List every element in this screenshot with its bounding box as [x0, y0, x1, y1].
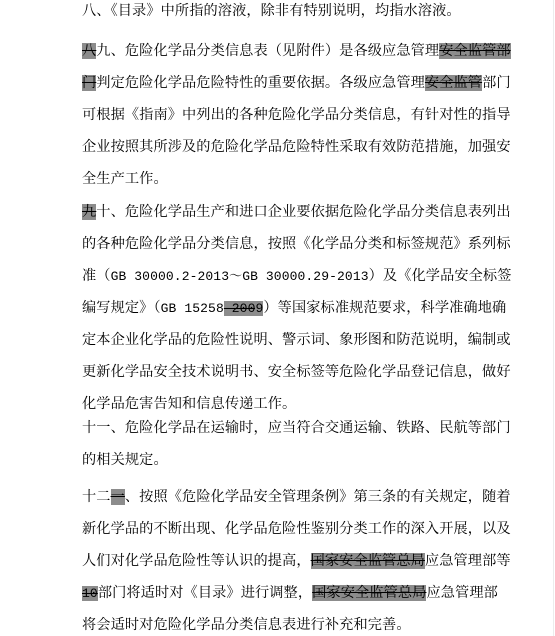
text-run: 化学品危害告知和信息传递工作。 [82, 396, 296, 412]
text-line: 人们对化学品危险性等认识的提高，国家安全监管总局应急管理部等 [82, 545, 474, 577]
text-line: 十二一、按照《危险化学品安全管理条例》第三条的有关规定，随着 [82, 481, 474, 513]
text-line: 可根据《指南》中列出的各种危险化学品分类信息，有针对性的指导 [82, 99, 474, 131]
text-line: 全生产工作。 [82, 163, 474, 195]
text-line: 九十、危险化学品生产和进口企业要依据危险化学品分类信息表列出 [82, 196, 474, 228]
text-run: 的相关规定。 [82, 452, 168, 468]
text-run: 判定危险化学品危险特性的重要依据。各级应急管理 [96, 75, 425, 91]
text-run: GB 30000.2-2013～GB 30000.29-2013 [111, 269, 369, 284]
paragraph-9: 八九、危险化学品分类信息表（见附件）是各级应急管理安全监管部门判定危险化学品危险… [82, 35, 474, 195]
tracked-deletion: 安全监管 [425, 75, 482, 91]
text-line: 的各种危险化学品分类信息，按照《化学品分类和标签规范》系列标 [82, 228, 474, 260]
tracked-deletion: 10 [82, 586, 98, 601]
tracked-deletion: 国家安全监管总局 [311, 553, 425, 569]
text-line: 编写规定》（GB 15258-2009）等国家标准规范要求，科学准确地确 [82, 292, 474, 324]
tracked-deletion: -200 [224, 301, 256, 316]
text-run: 十、危险化学品生产和进口企业要依据危险化学品分类信息表列出 [96, 204, 510, 220]
paragraph-10: 九十、危险化学品生产和进口企业要依据危险化学品分类信息表列出的各种危险化学品分类… [82, 196, 474, 420]
text-run: 部门将适时对《目录》进行调整， [98, 585, 312, 601]
paragraph-8: 八、《目录》中所指的溶液，除非有特别说明，均指水溶液。 [82, 0, 474, 27]
text-line: 定本企业化学品的危险性说明、警示词、象形图和防范说明，编制或 [82, 324, 474, 356]
text-run: 、按照《危险化学品安全管理条例》第三条的有关规定，随着 [125, 489, 511, 505]
text-line: 八、《目录》中所指的溶液，除非有特别说明，均指水溶液。 [82, 0, 474, 27]
text-line: 10部门将适时对《目录》进行调整，国家安全监管总局应急管理部 [82, 577, 474, 609]
text-run: 更新化学品安全技术说明书、安全标签等危险化学品登记信息，做好 [82, 364, 511, 380]
document-page: 八、《目录》中所指的溶液，除非有特别说明，均指水溶液。 八九、危险化学品分类信息… [0, 0, 554, 636]
text-run: 将会适时对危险化学品分类信息表进行补充和完善。 [82, 617, 411, 633]
text-run: 九、危险化学品分类信息表（见附件）是各级应急管理 [96, 43, 439, 59]
paragraph-11: 十一、危险化学品在运输时，应当符合交通运输、铁路、民航等部门的相关规定。 [82, 412, 474, 476]
text-run: 全生产工作。 [82, 171, 168, 187]
text-line: 的相关规定。 [82, 444, 474, 476]
text-line: 将会适时对危险化学品分类信息表进行补充和完善。 [82, 609, 474, 636]
text-run: ）等国家标准规范要求，科学准确地确 [263, 300, 506, 316]
text-line: 八九、危险化学品分类信息表（见附件）是各级应急管理安全监管部 [82, 35, 474, 67]
text-run: 可根据《指南》中列出的各种危险化学品分类信息，有针对性的指导 [82, 107, 511, 123]
text-run: GB 15258 [161, 301, 224, 316]
text-run: 企业按照其所涉及的危险化学品危险特性采取有效防范措施，加强安 [82, 139, 511, 155]
text-run: 应急管理部等 [425, 553, 511, 569]
text-run: 编写规定》（ [82, 300, 161, 316]
text-run: 八、《目录》中所指的溶液，除非有特别说明，均指水溶液。 [82, 3, 461, 19]
text-run: 定本企业化学品的危险性说明、警示词、象形图和防范说明，编制或 [82, 332, 511, 348]
text-line: 新化学品的不断出现、化学品危险性鉴别分类工作的深入开展，以及 [82, 513, 474, 545]
text-run: 人们对化学品危险性等认识的提高， [82, 553, 311, 569]
text-run: 十二 [82, 489, 111, 505]
text-run: 部门 [482, 75, 511, 91]
tracked-deletion: 八 [82, 43, 96, 59]
text-line: 十一、危险化学品在运输时，应当符合交通运输、铁路、民航等部门 [82, 412, 474, 444]
text-run: 的各种危险化学品分类信息，按照《化学品分类和标签规范》系列标 [82, 236, 511, 252]
text-run: ）及《化学品安全标签 [369, 268, 512, 284]
text-run: 十一、危险化学品在运输时，应当符合交通运输、铁路、民航等部门 [82, 420, 511, 436]
text-line: 更新化学品安全技术说明书、安全标签等危险化学品登记信息，做好 [82, 356, 474, 388]
text-line: 企业按照其所涉及的危险化学品危险特性采取有效防范措施，加强安 [82, 131, 474, 163]
paragraph-12: 十二一、按照《危险化学品安全管理条例》第三条的有关规定，随着新化学品的不断出现、… [82, 481, 474, 636]
tracked-deletion: 安全监管部 [439, 43, 510, 59]
tracked-deletion: 一 [111, 489, 125, 505]
text-run: 新化学品的不断出现、化学品危险性鉴别分类工作的深入开展，以及 [82, 521, 511, 537]
tracked-deletion: 九 [82, 204, 96, 220]
text-run: 应急管理部 [426, 585, 497, 601]
tracked-deletion: 门 [82, 75, 96, 91]
tracked-deletion: 国家安全监管总局 [312, 585, 426, 601]
text-run: 准（ [82, 268, 111, 284]
text-line: 准（GB 30000.2-2013～GB 30000.29-2013）及《化学品… [82, 260, 474, 292]
text-line: 门判定危险化学品危险特性的重要依据。各级应急管理安全监管部门 [82, 67, 474, 99]
